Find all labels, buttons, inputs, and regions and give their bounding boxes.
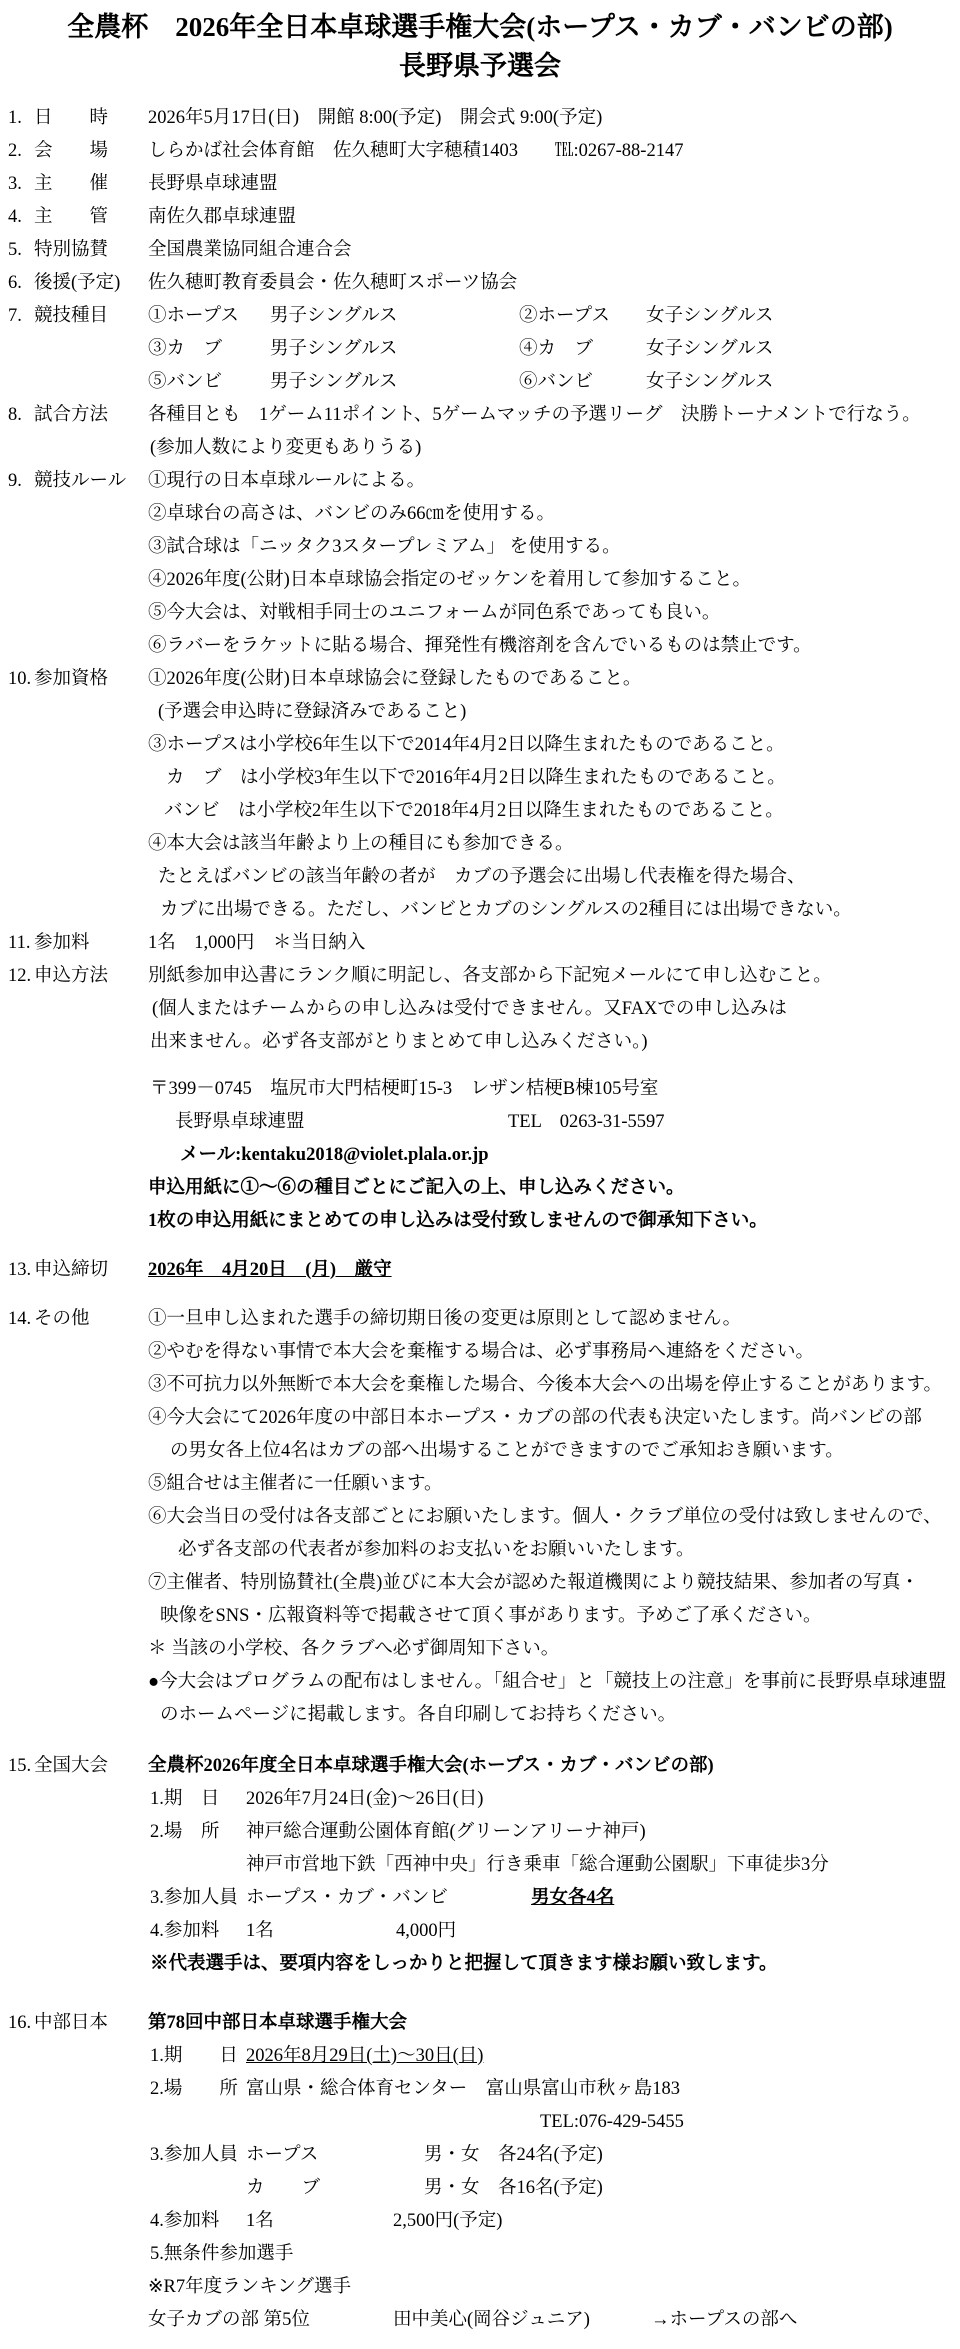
line-text: ＊ 当該の小学校、各クラブへ必ず御周知下さい。 bbox=[148, 1633, 559, 1666]
line-text: 5.無条件参加選手 bbox=[150, 2238, 293, 2271]
doc-line: 神戸市営地下鉄「西神中央」行き乗車「総合運動公園駅」下車徒歩3分 bbox=[0, 1849, 960, 1882]
doc-line: 2.場 所神戸総合運動公園体育館(グリーンアリーナ神戸) bbox=[0, 1816, 960, 1849]
doc-line: 1.期 日2026年8月29日(土)～30日(日) bbox=[0, 2040, 960, 2073]
doc-line: 1.日 時2026年5月17日(日) 開館 8:00(予定) 開会式 9:00(… bbox=[0, 102, 960, 135]
doc-line: 5.無条件参加選手 bbox=[0, 2238, 960, 2271]
line-label: 申込締切 bbox=[34, 1254, 148, 1287]
doc-line: 11.参加料1名 1,000円 ＊当日納入 bbox=[0, 927, 960, 960]
doc-line: ⑤バンビ男子シングルス⑥バンビ女子シングルス bbox=[0, 366, 960, 399]
line-text: カ ブ は小学校3年生以下で2016年4月2日以降生まれたものであること。 bbox=[166, 762, 786, 795]
line-text: 女子カブの部 第5位 bbox=[148, 2304, 393, 2337]
line-text: 男子シングルス bbox=[270, 300, 519, 333]
doc-line: 2.場 所富山県・総合体育センター 富山県富山市秋ヶ島183 bbox=[0, 2073, 960, 2106]
line-text: ⑤バンビ bbox=[148, 366, 270, 399]
line-text: ⑥ラバーをラケットに貼る場合、揮発性有機溶剤を含んでいるものは禁止です。 bbox=[148, 630, 812, 663]
line-text: ●今大会はプログラムの配布はしません。「組合せ」と「競技上の注意」を事前に長野県… bbox=[148, 1666, 946, 1699]
doc-line: (予選会申込時に登録済みであること) bbox=[0, 696, 960, 729]
doc-line: ②卓球台の高さは、バンビのみ66㎝を使用する。 bbox=[0, 498, 960, 531]
line-text: ホープス bbox=[246, 2139, 424, 2172]
line-number: 14. bbox=[8, 1303, 34, 1336]
line-number: 15. bbox=[8, 1750, 34, 1783]
line-text: 別紙参加申込書にランク順に明記し、各支部から下記宛メールにて申し込むこと。 bbox=[148, 960, 832, 993]
line-label: 後援(予定) bbox=[34, 267, 148, 300]
doc-line: 3.参加人員ホープス男・女 各24名(予定) bbox=[0, 2139, 960, 2172]
line-number: 10. bbox=[8, 663, 34, 696]
doc-line: ※R7年度ランキング選手 bbox=[0, 2271, 960, 2304]
doc-line: ⑥大会当日の受付は各支部ごとにお願いたします。個人・クラブ単位の受付は致しません… bbox=[0, 1501, 960, 1534]
doc-line: のホームページに掲載します。各自印刷してお持ちください。 bbox=[0, 1699, 960, 1732]
line-text: 2026年 4月20日 (月) 厳守 bbox=[148, 1254, 392, 1287]
doc-line: TEL:076-429-5455 bbox=[0, 2106, 960, 2139]
doc-line: ⑤今大会は、対戦相手同士のユニフォームが同色系であっても良い。 bbox=[0, 597, 960, 630]
line-text: 映像をSNS・広報資料等で掲載させて頂く事があります。予めご了承ください。 bbox=[160, 1600, 821, 1633]
doc-line: 出来ません。必ず各支部がとりまとめて申し込みください。) bbox=[0, 1026, 960, 1059]
doc-line: の男女各上位4名はカブの部へ出場することができますのでご承知おき願います。 bbox=[0, 1435, 960, 1468]
line-text: ③ホープスは小学校6年生以下で2014年4月2日以降生まれたものであること。 bbox=[148, 729, 785, 762]
line-text: ⑥大会当日の受付は各支部ごとにお願いたします。個人・クラブ単位の受付は致しません… bbox=[148, 1501, 942, 1534]
doc-line: 8.試合方法各種目とも 1ゲーム11ポイント、5ゲームマッチの予選リーグ 決勝ト… bbox=[0, 399, 960, 432]
line-text: 男・女 各24名(予定) bbox=[424, 2139, 603, 2172]
doc-line: カブに出場できる。ただし、バンビとカブのシングルスの2種目には出場できない。 bbox=[0, 894, 960, 927]
line-text: →ホープスの部へ bbox=[651, 2304, 797, 2337]
line-label: 参加資格 bbox=[34, 663, 148, 696]
line-text: (個人またはチームからの申し込みは受付できません。又FAXでの申し込みは bbox=[152, 993, 787, 1026]
line-text: ⑤今大会は、対戦相手同士のユニフォームが同色系であっても良い。 bbox=[148, 597, 720, 630]
doc-line: (個人またはチームからの申し込みは受付できません。又FAXでの申し込みは bbox=[0, 993, 960, 1026]
line-text: 各種目とも 1ゲーム11ポイント、5ゲームマッチの予選リーグ 決勝トーナメントで… bbox=[148, 399, 921, 432]
tournament-announcement-document: 全農杯 2026年全日本卓球選手権大会(ホープス・カブ・バンビの部) 長野県予選… bbox=[0, 0, 960, 2349]
line-number: 9. bbox=[8, 465, 34, 498]
document-title: 全農杯 2026年全日本卓球選手権大会(ホープス・カブ・バンビの部) bbox=[0, 8, 960, 47]
line-text: 4.参加料 bbox=[150, 1915, 246, 1948]
line-text: 男・女 各16名(予定) bbox=[424, 2172, 603, 2205]
line-text: ②やむを得ない事情で本大会を棄権する場合は、必ず事務局へ連絡をください。 bbox=[148, 1336, 814, 1369]
line-text: のホームページに掲載します。各自印刷してお持ちください。 bbox=[160, 1699, 676, 1732]
doc-line: メール:kentaku2018@violet.plala.or.jp bbox=[0, 1139, 960, 1172]
doc-line: 16.中部日本第78回中部日本卓球選手権大会 bbox=[0, 2007, 960, 2040]
line-text: (参加人数により変更もありうる) bbox=[150, 432, 421, 465]
line-number: 13. bbox=[8, 1254, 34, 1287]
line-text: 佐久穂町教育委員会・佐久穂町スポーツ協会 bbox=[148, 267, 517, 300]
doc-line: 3.主 催長野県卓球連盟 bbox=[0, 168, 960, 201]
line-text: 女子シングルス bbox=[646, 333, 774, 366]
doc-line: ④今大会にて2026年度の中部日本ホープス・カブの部の代表も決定いたします。尚バ… bbox=[0, 1402, 960, 1435]
doc-line: たとえばバンビの該当年齢の者が カブの予選会に出場し代表権を得た場合、 bbox=[0, 861, 960, 894]
doc-line: 10.参加資格①2026年度(公財)日本卓球協会に登録したものであること。 bbox=[0, 663, 960, 696]
line-text: 男女各4名 bbox=[531, 1882, 614, 1915]
line-text: 4,000円 bbox=[396, 1915, 456, 1948]
line-text: 4.参加料 bbox=[150, 2205, 246, 2238]
line-text: 2.場 所 bbox=[150, 2073, 246, 2106]
line-number: 5. bbox=[8, 234, 34, 267]
line-text: TEL:076-429-5455 bbox=[540, 2106, 684, 2139]
line-text: ⑥バンビ bbox=[519, 366, 646, 399]
line-text: 長野県卓球連盟 bbox=[148, 168, 278, 201]
line-text: 1名 1,000円 ＊当日納入 bbox=[148, 927, 365, 960]
document-body: 1.日 時2026年5月17日(日) 開館 8:00(予定) 開会式 9:00(… bbox=[0, 102, 960, 2337]
line-label: その他 bbox=[34, 1303, 148, 1336]
line-text: ④カ ブ bbox=[519, 333, 646, 366]
line-text: 1名 bbox=[246, 2205, 393, 2238]
line-text: 1.期 日 bbox=[150, 1783, 246, 1816]
doc-line: ④本大会は該当年齢より上の種目にも参加できる。 bbox=[0, 828, 960, 861]
doc-line: ③不可抗力以外無断で本大会を棄権した場合、今後本大会への出場を停止することがあり… bbox=[0, 1369, 960, 1402]
line-text: 全国農業協同組合連合会 bbox=[148, 234, 352, 267]
doc-line: 15.全国大会全農杯2026年度全日本卓球選手権大会(ホープス・カブ・バンビの部… bbox=[0, 1750, 960, 1783]
line-text: ④2026年度(公財)日本卓球協会指定のゼッケンを着用して参加すること。 bbox=[148, 564, 751, 597]
line-text: 1名 bbox=[246, 1915, 396, 1948]
doc-line: 4.参加料1名2,500円(予定) bbox=[0, 2205, 960, 2238]
line-text: ⑦主催者、特別協賛社(全農)並びに本大会が認めた報道機関により競技結果、参加者の… bbox=[148, 1567, 919, 1600]
line-number: 11. bbox=[8, 927, 34, 960]
line-text: 神戸市営地下鉄「西神中央」行き乗車「総合運動公園駅」下車徒歩3分 bbox=[246, 1849, 829, 1882]
line-text: 出来ません。必ず各支部がとりまとめて申し込みください。) bbox=[150, 1026, 648, 1059]
line-text: 2026年8月29日(土)～30日(日) bbox=[246, 2040, 483, 2073]
line-text: カブに出場できる。ただし、バンビとカブのシングルスの2種目には出場できない。 bbox=[160, 894, 852, 927]
line-number: 1. bbox=[8, 102, 34, 135]
line-text: ②卓球台の高さは、バンビのみ66㎝を使用する。 bbox=[148, 498, 555, 531]
doc-line: 2.会 場しらかば社会体育館 佐久穂町大字穂積1403 ℡:0267-88-21… bbox=[0, 135, 960, 168]
line-label: 試合方法 bbox=[34, 399, 148, 432]
line-text: 必ず各支部の代表者が参加料のお支払いをお願いいたします。 bbox=[178, 1534, 695, 1567]
doc-line: 3.参加人員ホープス・カブ・バンビ男女各4名 bbox=[0, 1882, 960, 1915]
doc-line: ③試合球は「ニッタク3スタープレミアム」 を使用する。 bbox=[0, 531, 960, 564]
line-text: 申込用紙に①～⑥の種目ごとにご記入の上、申し込みください。 bbox=[148, 1172, 685, 1205]
doc-line: 4.参加料1名4,000円 bbox=[0, 1915, 960, 1948]
line-text: 田中美心(岡谷ジュニア) bbox=[393, 2304, 651, 2337]
doc-line: バンビ は小学校2年生以下で2018年4月2日以降生まれたものであること。 bbox=[0, 795, 960, 828]
doc-line: ＊ 当該の小学校、各クラブへ必ず御周知下さい。 bbox=[0, 1633, 960, 1666]
doc-line: ③ホープスは小学校6年生以下で2014年4月2日以降生まれたものであること。 bbox=[0, 729, 960, 762]
doc-line: 4.主 管南佐久郡卓球連盟 bbox=[0, 201, 960, 234]
doc-line: 6.後援(予定)佐久穂町教育委員会・佐久穂町スポーツ協会 bbox=[0, 267, 960, 300]
line-text: バンビ は小学校2年生以下で2018年4月2日以降生まれたものであること。 bbox=[164, 795, 784, 828]
line-label: 主 管 bbox=[34, 201, 148, 234]
line-text: 女子シングルス bbox=[646, 300, 774, 333]
doc-line: 〒399－0745 塩尻市大門桔梗町15-3 レザン桔梗B棟105号室 bbox=[0, 1073, 960, 1106]
line-text: 1.期 日 bbox=[150, 2040, 246, 2073]
line-text: ①2026年度(公財)日本卓球協会に登録したものであること。 bbox=[148, 663, 641, 696]
doc-line: 5.特別協賛全国農業協同組合連合会 bbox=[0, 234, 960, 267]
line-text: ④本大会は該当年齢より上の種目にも参加できる。 bbox=[148, 828, 574, 861]
line-number: 16. bbox=[8, 2007, 34, 2040]
doc-line: 1枚の申込用紙にまとめての申し込みは受付致しませんので御承知下さい。 bbox=[0, 1205, 960, 1238]
doc-line: ②やむを得ない事情で本大会を棄権する場合は、必ず事務局へ連絡をください。 bbox=[0, 1336, 960, 1369]
doc-line: 1.期 日2026年7月24日(金)～26日(日) bbox=[0, 1783, 960, 1816]
line-number: 8. bbox=[8, 399, 34, 432]
line-text: ④今大会にて2026年度の中部日本ホープス・カブの部の代表も決定いたします。尚バ… bbox=[148, 1402, 922, 1435]
line-text: 男子シングルス bbox=[270, 366, 519, 399]
line-number: 2. bbox=[8, 135, 34, 168]
line-label: 競技種目 bbox=[34, 300, 148, 333]
line-text: ※R7年度ランキング選手 bbox=[148, 2271, 351, 2304]
doc-line: ⑤組合せは主催者に一任願います。 bbox=[0, 1468, 960, 1501]
doc-line: (参加人数により変更もありうる) bbox=[0, 432, 960, 465]
line-text: 2026年7月24日(金)～26日(日) bbox=[246, 1783, 483, 1816]
doc-line: ⑥ラバーをラケットに貼る場合、揮発性有機溶剤を含んでいるものは禁止です。 bbox=[0, 630, 960, 663]
line-text: ①一旦申し込まれた選手の締切期日後の変更は原則として認めません。 bbox=[148, 1303, 741, 1336]
line-text: ②ホープス bbox=[519, 300, 646, 333]
line-text: メール:kentaku2018@violet.plala.or.jp bbox=[180, 1139, 489, 1172]
line-text: 〒399－0745 塩尻市大門桔梗町15-3 レザン桔梗B棟105号室 bbox=[150, 1073, 658, 1106]
doc-line: 映像をSNS・広報資料等で掲載させて頂く事があります。予めご了承ください。 bbox=[0, 1600, 960, 1633]
line-number: 4. bbox=[8, 201, 34, 234]
doc-line: 必ず各支部の代表者が参加料のお支払いをお願いいたします。 bbox=[0, 1534, 960, 1567]
line-text: ①現行の日本卓球ルールによる。 bbox=[148, 465, 425, 498]
line-text: ①ホープス bbox=[148, 300, 270, 333]
line-number: 6. bbox=[8, 267, 34, 300]
doc-line: 14.その他①一旦申し込まれた選手の締切期日後の変更は原則として認めません。 bbox=[0, 1303, 960, 1336]
doc-line: ※代表選手は、要項内容をしっかりと把握して頂きます様お願い致します。 bbox=[0, 1948, 960, 1981]
line-number: 12. bbox=[8, 960, 34, 993]
line-text: 長野県卓球連盟 bbox=[175, 1106, 508, 1139]
line-text: 南佐久郡卓球連盟 bbox=[148, 201, 296, 234]
doc-line: 9.競技ルール①現行の日本卓球ルールによる。 bbox=[0, 465, 960, 498]
line-text: ③試合球は「ニッタク3スタープレミアム」 を使用する。 bbox=[148, 531, 621, 564]
line-text: ※代表選手は、要項内容をしっかりと把握して頂きます様お願い致します。 bbox=[150, 1948, 778, 1981]
doc-line: ⑦主催者、特別協賛社(全農)並びに本大会が認めた報道機関により競技結果、参加者の… bbox=[0, 1567, 960, 1600]
line-text: 3.参加人員 bbox=[150, 1882, 246, 1915]
line-text: ホープス・カブ・バンビ bbox=[246, 1882, 531, 1915]
line-text: 全農杯2026年度全日本卓球選手権大会(ホープス・カブ・バンビの部) bbox=[148, 1750, 714, 1783]
doc-line: ●今大会はプログラムの配布はしません。「組合せ」と「競技上の注意」を事前に長野県… bbox=[0, 1666, 960, 1699]
line-label: 特別協賛 bbox=[34, 234, 148, 267]
line-text: 2026年5月17日(日) 開館 8:00(予定) 開会式 9:00(予定) bbox=[148, 102, 602, 135]
line-text: 第78回中部日本卓球選手権大会 bbox=[148, 2007, 407, 2040]
doc-line: 12.申込方法別紙参加申込書にランク順に明記し、各支部から下記宛メールにて申し込… bbox=[0, 960, 960, 993]
document-subtitle: 長野県予選会 bbox=[0, 47, 960, 86]
line-label: 参加料 bbox=[34, 927, 148, 960]
line-label: 中部日本 bbox=[34, 2007, 148, 2040]
doc-line: カ ブ は小学校3年生以下で2016年4月2日以降生まれたものであること。 bbox=[0, 762, 960, 795]
line-text: 2.場 所 bbox=[150, 1816, 246, 1849]
line-text: TEL 0263-31-5597 bbox=[508, 1106, 665, 1139]
line-label: 申込方法 bbox=[34, 960, 148, 993]
line-number: 7. bbox=[8, 300, 34, 333]
doc-line: 13.申込締切2026年 4月20日 (月) 厳守 bbox=[0, 1254, 960, 1287]
line-text: 3.参加人員 bbox=[150, 2139, 246, 2172]
doc-line: ③カ ブ男子シングルス④カ ブ女子シングルス bbox=[0, 333, 960, 366]
line-label: 主 催 bbox=[34, 168, 148, 201]
doc-line: 申込用紙に①～⑥の種目ごとにご記入の上、申し込みください。 bbox=[0, 1172, 960, 1205]
line-text: 神戸総合運動公園体育館(グリーンアリーナ神戸) bbox=[246, 1816, 646, 1849]
doc-line: カ ブ男・女 各16名(予定) bbox=[0, 2172, 960, 2205]
line-text: カ ブ bbox=[246, 2172, 424, 2205]
line-text: 富山県・総合体育センター 富山県富山市秋ヶ島183 bbox=[246, 2073, 680, 2106]
line-text: しらかば社会体育館 佐久穂町大字穂積1403 ℡:0267-88-2147 bbox=[148, 135, 683, 168]
line-number: 3. bbox=[8, 168, 34, 201]
line-text: の男女各上位4名はカブの部へ出場することができますのでご承知おき願います。 bbox=[170, 1435, 844, 1468]
line-text: ③不可抗力以外無断で本大会を棄権した場合、今後本大会への出場を停止することがあり… bbox=[148, 1369, 942, 1402]
line-label: 全国大会 bbox=[34, 1750, 148, 1783]
line-text: ③カ ブ bbox=[148, 333, 270, 366]
line-label: 日 時 bbox=[34, 102, 148, 135]
doc-line: 女子カブの部 第5位田中美心(岡谷ジュニア)→ホープスの部へ bbox=[0, 2304, 960, 2337]
line-label: 競技ルール bbox=[34, 465, 148, 498]
doc-line: 7.競技種目①ホープス男子シングルス②ホープス女子シングルス bbox=[0, 300, 960, 333]
line-text: (予選会申込時に登録済みであること) bbox=[158, 696, 466, 729]
doc-line: ④2026年度(公財)日本卓球協会指定のゼッケンを着用して参加すること。 bbox=[0, 564, 960, 597]
line-text: たとえばバンビの該当年齢の者が カブの予選会に出場し代表権を得た場合、 bbox=[158, 861, 806, 894]
line-text: 2,500円(予定) bbox=[393, 2205, 502, 2238]
doc-line: 長野県卓球連盟TEL 0263-31-5597 bbox=[0, 1106, 960, 1139]
line-label: 会 場 bbox=[34, 135, 148, 168]
line-text: ⑤組合せは主催者に一任願います。 bbox=[148, 1468, 443, 1501]
line-text: 1枚の申込用紙にまとめての申し込みは受付致しませんので御承知下さい。 bbox=[148, 1205, 768, 1238]
line-text: 女子シングルス bbox=[646, 366, 774, 399]
line-text: 男子シングルス bbox=[270, 333, 519, 366]
